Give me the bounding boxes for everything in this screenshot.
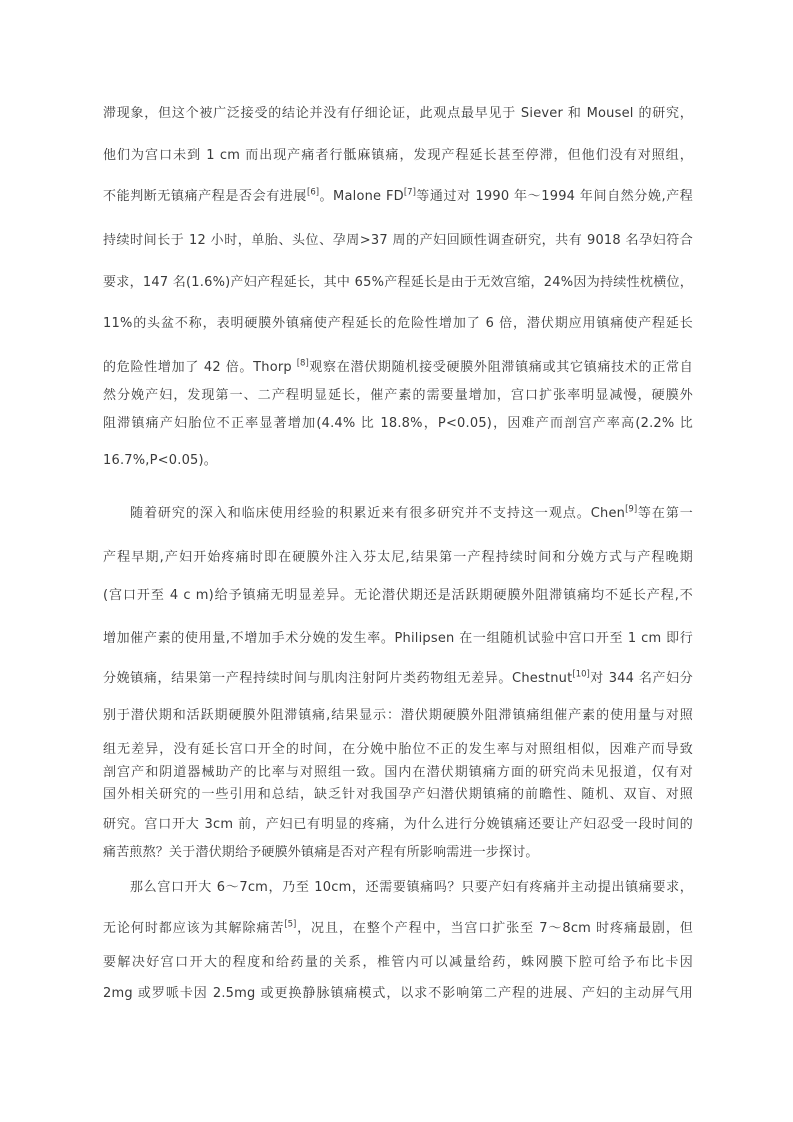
text-line: 阻滞镇痛产妇胎位不正率显著增加(4.4% 比 18.8%，P<0.05)，因难产…	[103, 415, 693, 433]
text-line: 增加催产素的使用量,不增加手术分娩的发生率。Philipsen 在一组随机试验中…	[103, 630, 693, 648]
text-line: 滞现象，但这个被广泛接受的结论并没有仔细论证，此观点最早见于 Siever 和 …	[103, 105, 693, 123]
text-line: 要解决好宫口开大的程度和给药量的关系，椎管内可以减量给药，蛛网膜下腔可给予布比卡…	[103, 954, 693, 972]
text-line: 无论何时都应该为其解除痛苦[5]，况且，在整个产程中，当宫口扩张至 7～8cm …	[103, 920, 693, 938]
text-line: 研究。宫口开大 3cm 前，产妇已有明显的疼痛，为什么进行分娩镇痛还要让产妇忍受…	[103, 816, 693, 834]
text-line: 不能判断无镇痛产程是否会有进展[6]。Malone FD[7]等通过对 1990…	[103, 188, 693, 206]
document-page: 滞现象，但这个被广泛接受的结论并没有仔细论证，此观点最早见于 Siever 和 …	[0, 0, 793, 1122]
text-line: 国外相关研究的一些引用和总结，缺乏针对我国孕产妇潜伏期镇痛的前瞻性、随机、双盲、…	[103, 786, 693, 804]
text-line: 16.7%,P<0.05)。	[103, 452, 693, 470]
citation-superscript: [5]	[284, 920, 296, 930]
text-line: 痛苦煎熬？关于潜伏期给予硬膜外镇痛是否对产程有所影响需进一步探讨。	[103, 844, 693, 862]
text-line: (宫口开至 4 c m)给予镇痛无明显差异。无论潜伏期还是活跃期硬膜外阻滞镇痛均…	[103, 587, 693, 605]
text-line: 2mg 或罗哌卡因 2.5mg 或更换静脉镇痛模式，以求不影响第二产程的进展、产…	[103, 985, 693, 1003]
citation-superscript: [9]	[625, 505, 637, 515]
citation-superscript: [10]	[572, 670, 589, 680]
text-line: 产程早期,产妇开始疼痛时即在硬膜外注入芬太尼,结果第一产程持续时间和分娩方式与产…	[103, 549, 693, 567]
text-line: 然分娩产妇，发现第一、二产程明显延长，催产素的需要量增加，宫口扩张率明显减慢，硬…	[103, 387, 693, 405]
citation-superscript: [6]	[307, 188, 319, 198]
text-line: 随着研究的深入和临床使用经验的积累近来有很多研究并不支持这一观点。Chen[9]…	[103, 505, 693, 523]
text-line: 11%的头盆不称，表明硬膜外镇痛使产程延长的危险性增加了 6 倍，潜伏期应用镇痛…	[103, 315, 693, 333]
text-line: 剖宫产和阴道器械助产的比率与对照组一致。国内在潜伏期镇痛方面的研究尚未见报道，仅…	[103, 764, 693, 782]
text-line: 他们为宫口未到 1 cm 而出现产痛者行骶麻镇痛，发现产程延长甚至停滞，但他们没…	[103, 147, 693, 165]
text-line: 持续时间长于 12 小时，单胎、头位、孕周>37 周的产妇回顾性调查研究，共有 …	[103, 232, 693, 250]
text-line: 的危险性增加了 42 倍。Thorp [8]观察在潜伏期随机接受硬膜外阻滞镇痛或…	[103, 359, 693, 377]
citation-superscript: [7]	[404, 188, 416, 198]
text-line: 要求，147 名(1.6%)产妇产程延长，其中 65%产程延长是由于无效宫缩，2…	[103, 274, 693, 292]
citation-superscript: [8]	[297, 359, 309, 369]
text-line: 那么宫口开大 6～7cm，乃至 10cm，还需要镇痛吗？只要产妇有疼痛并主动提出…	[103, 879, 693, 897]
text-line: 组无差异，没有延长宫口开全的时间，在分娩中胎位不正的发生率与对照组相似，因难产而…	[103, 741, 693, 759]
text-line: 别于潜伏期和活跃期硬膜外阻滞镇痛,结果显示：潜伏期硬膜外阻滞镇痛组催产素的使用量…	[103, 707, 693, 725]
text-line: 分娩镇痛，结果第一产程持续时间与肌肉注射阿片类药物组无差异。Chestnut[1…	[103, 670, 693, 688]
